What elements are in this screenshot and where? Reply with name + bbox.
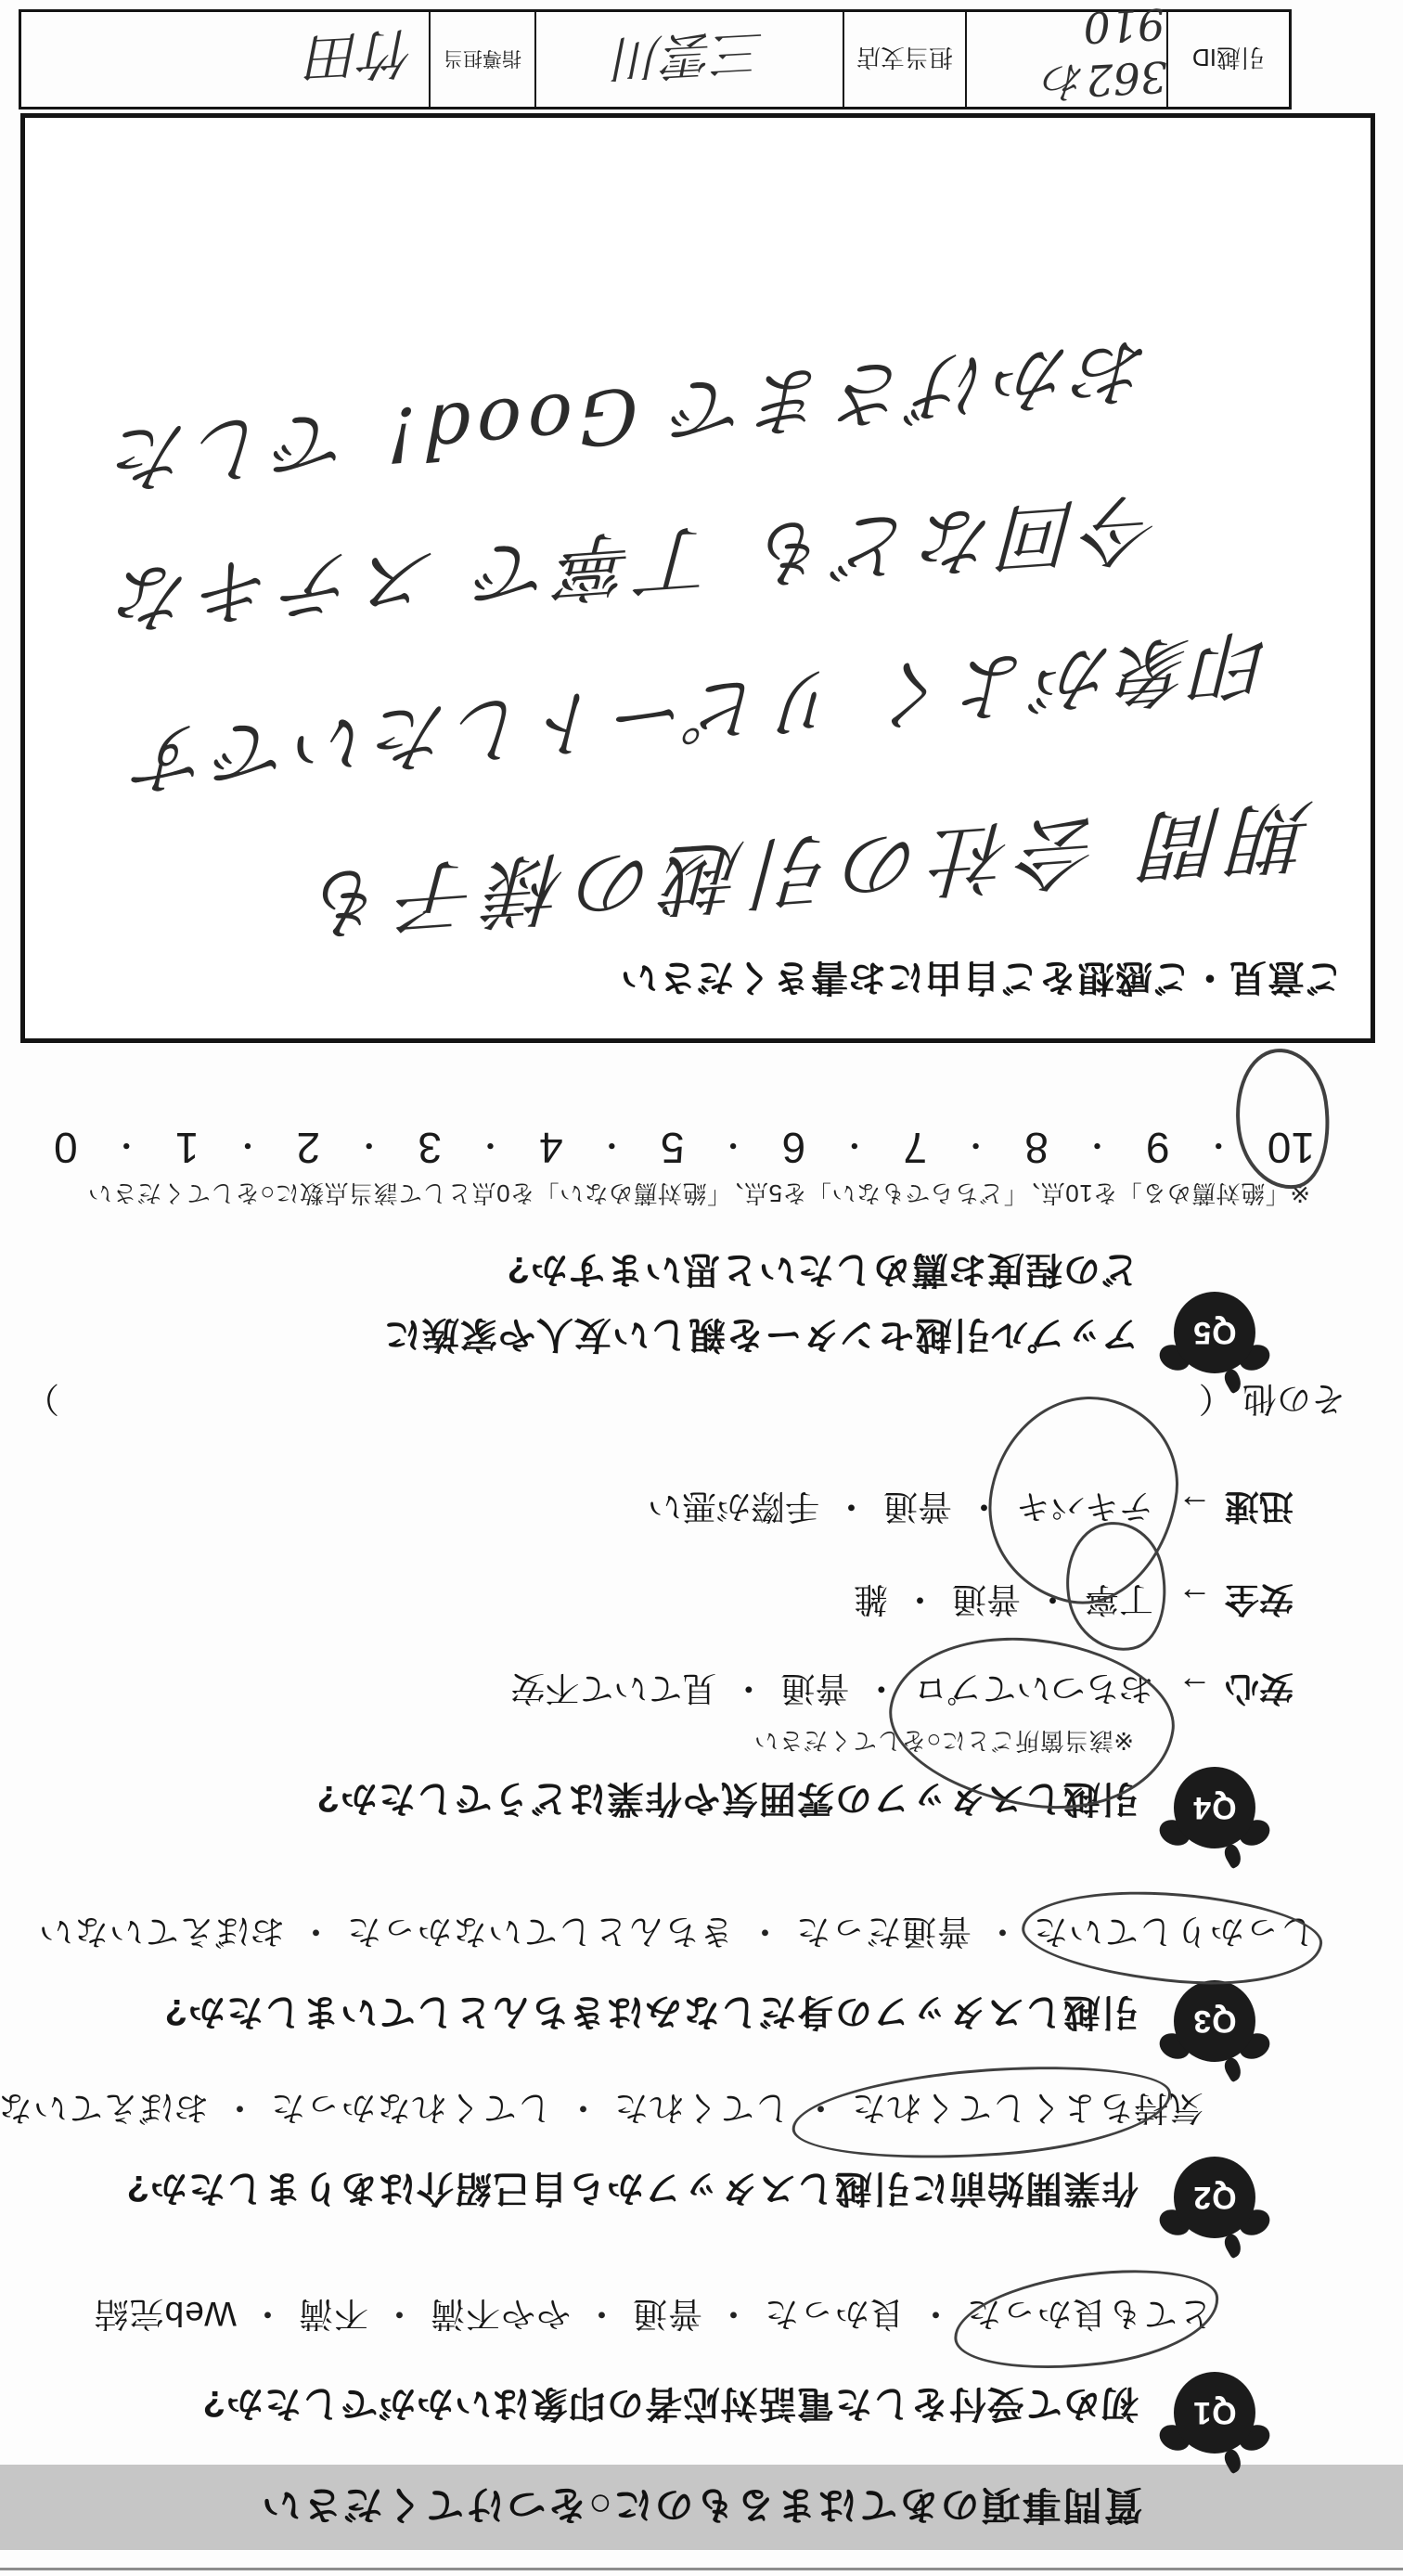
q2-options: 気持ちよくしてくれた・してくれた・してくれなかった・おぼえていない — [0, 2086, 1203, 2136]
q4-row-option-circled: 丁寧 — [1085, 1578, 1153, 1628]
q4-row-anzen: 安全→丁寧・普通・雑 — [854, 1578, 1294, 1628]
q5-badge-label: Q5 — [1192, 1315, 1236, 1351]
scale-0: 0 — [54, 1123, 78, 1173]
handwritten-id-value: 362わ910 — [964, 0, 1169, 121]
option-separator: ・ — [864, 1669, 898, 1707]
scale-2: 2 — [297, 1123, 321, 1173]
q3-badge-label: Q3 — [1192, 2003, 1236, 2040]
instruction-bar: 質問事項のあてはまるものに○をつけてください — [0, 2465, 1403, 2550]
q4-row-jinsoku: 迅速→テキパキ・普通・手際が悪い — [648, 1485, 1294, 1535]
q1-title: 初めて受付をした電話対応者の印象はいかがでしたか? — [202, 2380, 1139, 2433]
q4-row-option: 普通 — [952, 1578, 1021, 1628]
q3-option: おぼえていない — [38, 1910, 285, 1960]
option-separator: ・ — [381, 2295, 417, 2333]
handwritten-staff-value: 竹田 — [306, 18, 418, 101]
q4-badge-label: Q4 — [1192, 1790, 1236, 1826]
upside-down-page: 質問事項のあてはまるものに○をつけてください Q1 初めて受付をした電話対応者の… — [0, 0, 1403, 2576]
q1-option: 不満 — [298, 2292, 368, 2342]
option-separator: ・ — [903, 1580, 937, 1618]
scale-7: 7 — [903, 1123, 927, 1173]
q3-option-circled: しっかりしていた — [1033, 1910, 1315, 1960]
scale-6: 6 — [782, 1123, 806, 1173]
q3-options: しっかりしていた・普通だった・きちんとしていなかった・おぼえていない — [38, 1910, 1315, 1960]
option-separator: ・ — [565, 2089, 600, 2127]
scan-edge-line — [0, 2568, 1403, 2570]
q4-row-option-circled: テキパキ — [1016, 1485, 1153, 1535]
q4-badge-icon: Q4 — [1170, 1763, 1259, 1852]
q4-row-anshin: 安心→おちついてプロ・普通・見ていて不安 — [510, 1667, 1294, 1717]
q4-title: 引越しスタッフの雰囲気や作業はどうでしたか? — [316, 1775, 1139, 1828]
scale-separator: ・ — [717, 1126, 749, 1171]
id-label-cell: 引越ID — [1168, 12, 1289, 107]
q4-other-open: その他 （ — [1199, 1377, 1345, 1427]
scanned-survey-sheet: 質問事項のあてはまるものに○をつけてください Q1 初めて受付をした電話対応者の… — [0, 0, 1403, 2576]
scale-9: 9 — [1146, 1123, 1170, 1173]
staff-label: 指導担当 — [444, 45, 521, 73]
scale-separator: ・ — [596, 1126, 627, 1171]
q1-badge: Q1 — [1174, 2372, 1255, 2454]
option-separator: ・ — [298, 1913, 333, 1951]
scale-separator: ・ — [960, 1126, 992, 1171]
q4-badge: Q4 — [1174, 1767, 1255, 1848]
q4-other-label: その他 （ — [1199, 1380, 1345, 1418]
comment-box-header: ご意見・ご感想をご自由にお書きください — [620, 954, 1343, 1007]
handwritten-branch-value: 三雲川 — [612, 19, 766, 98]
staff-value-cell: 竹田 — [21, 12, 431, 107]
q2-option: してくれなかった — [270, 2086, 552, 2136]
q5-title-line2: どの程度お薦めしたいと思いますか? — [507, 1246, 1139, 1299]
q2-badge: Q2 — [1174, 2157, 1255, 2238]
scale-separator: ・ — [1203, 1126, 1234, 1171]
q2-option: してくれた — [613, 2086, 790, 2136]
q1-badge-icon: Q1 — [1170, 2368, 1259, 2457]
staff-label-cell: 指導担当 — [431, 12, 536, 107]
q4-row-label: 安心 — [1225, 1669, 1294, 1707]
q4-row-option: 普通 — [780, 1667, 849, 1717]
scale-10-circled: 10 — [1268, 1123, 1315, 1173]
nps-scale: 10 ・ 9 ・ 8 ・ 7 ・ 6 ・ 5 ・ 4 ・ 3 ・ 2 ・ 1 ・… — [54, 1123, 1315, 1173]
q4-row-label: 迅速 — [1225, 1488, 1294, 1526]
option-separator: ・ — [803, 2089, 838, 2127]
id-label: 引越ID — [1192, 43, 1265, 77]
q2-option: おぼえていない — [0, 2086, 209, 2136]
q2-badge-icon: Q2 — [1170, 2153, 1259, 2242]
q5-note: ※「絶対薦める」を10点、「どちらでもない」を5点、「絶対薦めない」を0点として… — [87, 1178, 1310, 1212]
arrow-right-icon: → — [1178, 1669, 1212, 1707]
q4-row-option: 普通 — [883, 1485, 952, 1535]
branch-label-cell: 担当支店 — [844, 12, 967, 107]
q2-title: 作業開始前に引越しスタッフから自己紹介はありましたか? — [126, 2165, 1139, 2218]
scale-5: 5 — [661, 1123, 685, 1173]
q1-options: とても良かった・良かった・普通・やや不満・不満・Web完結 — [94, 2292, 1213, 2342]
option-separator: ・ — [584, 2295, 619, 2333]
q1-option: 普通 — [632, 2292, 702, 2342]
scale-separator: ・ — [839, 1126, 870, 1171]
id-value-cell: 362わ910 — [967, 12, 1168, 107]
option-separator: ・ — [967, 1488, 1001, 1526]
option-separator: ・ — [985, 1913, 1020, 1951]
instruction-bar-text: 質問事項のあてはまるものに○をつけてください — [260, 2479, 1142, 2535]
branch-value-cell: 三雲川 — [536, 12, 844, 107]
q3-badge-icon: Q3 — [1170, 1977, 1259, 2066]
handover-id-table: 引越ID 362わ910 担当支店 三雲川 指導担当 竹田 — [19, 9, 1292, 109]
option-separator: ・ — [222, 2089, 257, 2127]
q5-title-line1: アップル引越センターを親しい友人や家族に — [383, 1311, 1139, 1364]
q4-row-label: 安全 — [1225, 1580, 1294, 1618]
q1-option: やや不満 — [430, 2292, 571, 2342]
q2-option-circled: 気持ちよくしてくれた — [851, 2086, 1203, 2136]
arrow-right-icon: → — [1178, 1488, 1212, 1526]
q1-option-circled: とても良かった — [966, 2292, 1213, 2342]
branch-label: 担当支店 — [856, 43, 953, 77]
scale-separator: ・ — [475, 1126, 507, 1171]
scale-8: 8 — [1024, 1123, 1049, 1173]
scale-separator: ・ — [354, 1126, 385, 1171]
q4-other-close: ） — [25, 1377, 59, 1427]
q4-other-paren: ） — [25, 1380, 59, 1418]
scale-separator: ・ — [232, 1126, 264, 1171]
q4-row-option: 手際が悪い — [648, 1485, 819, 1535]
q3-option: きちんとしていなかった — [346, 1910, 734, 1960]
option-separator: ・ — [731, 1669, 766, 1707]
q1-option: Web完結 — [94, 2292, 237, 2342]
q2-badge-label: Q2 — [1192, 2180, 1236, 2216]
q1-badge-label: Q1 — [1192, 2395, 1236, 2431]
q4-row-option: 見ていて不安 — [510, 1667, 716, 1717]
q1-option: 良かった — [764, 2292, 905, 2342]
option-separator: ・ — [715, 2295, 751, 2333]
scale-1: 1 — [175, 1123, 200, 1173]
q3-option: 普通だった — [795, 1910, 972, 1960]
scale-separator: ・ — [1081, 1126, 1113, 1171]
q3-title: 引越しスタッフの身だしなみはきちんとしていましたか? — [164, 1989, 1139, 2041]
q5-badge-icon: Q5 — [1170, 1288, 1259, 1377]
option-separator: ・ — [747, 1913, 782, 1951]
comment-box: ご意見・ご感想をご自由にお書きください 期間 会社の引越の様子も 印象がよく リ… — [20, 113, 1375, 1043]
scale-3: 3 — [418, 1123, 442, 1173]
q5-badge: Q5 — [1174, 1292, 1255, 1373]
arrow-right-icon: → — [1178, 1580, 1212, 1618]
scale-separator: ・ — [110, 1126, 142, 1171]
option-separator: ・ — [250, 2295, 285, 2333]
q3-badge: Q3 — [1174, 1980, 1255, 2062]
q4-note: ※該当箇所ごとに○をしてください — [754, 1725, 1135, 1759]
scale-4: 4 — [539, 1123, 563, 1173]
q4-row-option-circled: おちついてプロ — [913, 1667, 1153, 1717]
option-separator: ・ — [1036, 1580, 1070, 1618]
option-separator: ・ — [918, 2295, 953, 2333]
option-separator: ・ — [834, 1488, 869, 1526]
q4-row-option: 雑 — [854, 1578, 888, 1628]
handwritten-comment-line1: 期間 会社の引越の様子も — [300, 784, 1315, 968]
